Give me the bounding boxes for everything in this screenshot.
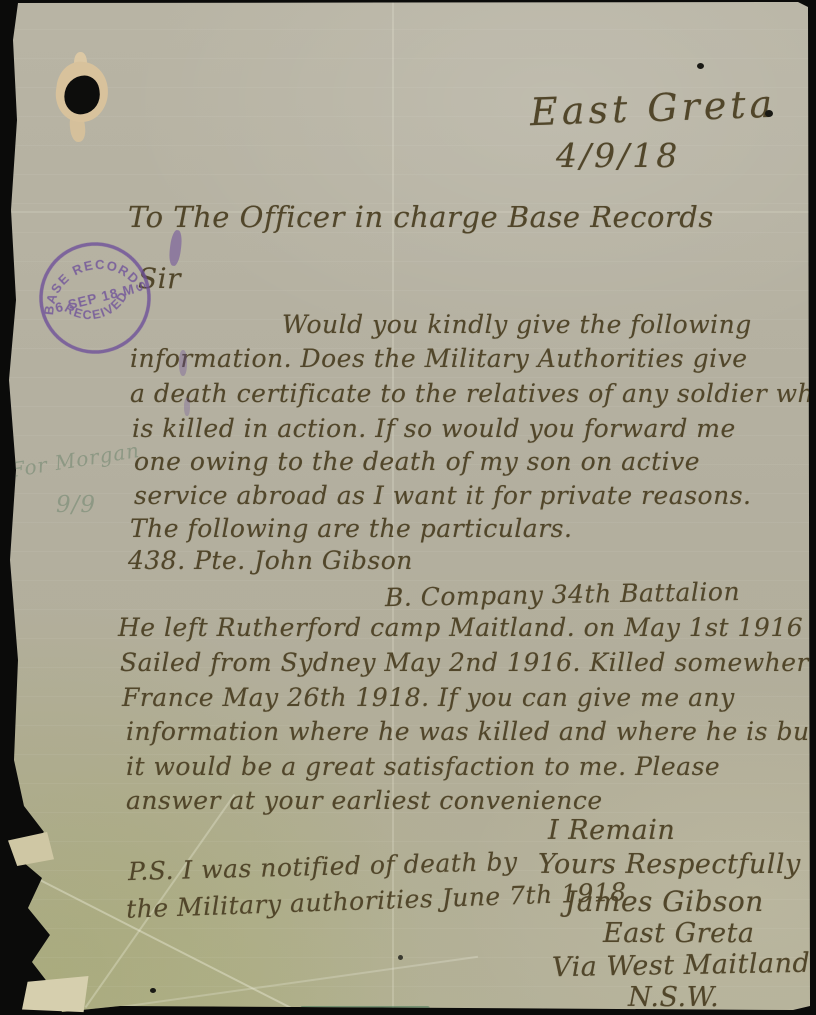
letter-line: He left Rutherford camp Maitland. on May… <box>118 613 803 642</box>
letter-paper: East Greta 4/9/18 To The Officer in char… <box>0 0 816 1015</box>
closing-line: Via West Maitland <box>552 948 811 984</box>
letter-line: answer at your earliest convenience <box>126 786 603 815</box>
paper-speck <box>765 110 773 117</box>
letter-line: The following are the particulars. <box>130 514 572 543</box>
letter-line: one owing to the death of my son on acti… <box>134 447 700 476</box>
letter-recipient: To The Officer in charge Base Records <box>128 200 714 234</box>
letter-line: Sailed from Sydney May 2nd 1916. Killed … <box>120 648 816 677</box>
scan-artifact <box>300 1006 430 1011</box>
letter-line: Would you kindly give the following <box>282 310 752 339</box>
paper-speck <box>150 988 156 993</box>
letter-place: East Greta <box>529 82 777 135</box>
margin-note-date: 9/9 <box>56 492 96 518</box>
letter-line: a death certificate to the relatives of … <box>130 379 816 408</box>
ink-smudge <box>179 350 187 376</box>
letter-line: is killed in action. If so would you for… <box>132 414 736 443</box>
letter-line: 438. Pte. John Gibson <box>128 546 413 575</box>
torn-paper-fragment <box>22 976 92 1014</box>
paper-speck <box>697 63 704 69</box>
letter-date: 4/9/18 <box>556 136 680 175</box>
scanned-letter-page: East Greta 4/9/18 To The Officer in char… <box>0 0 816 1015</box>
paper-speck <box>398 955 403 960</box>
letter-line: France May 26th 1918. If you can give me… <box>122 683 735 712</box>
ink-smudge <box>168 229 183 266</box>
letter-line: information where he was killed and wher… <box>126 717 816 746</box>
letter-line: service abroad as I want it for private … <box>134 481 751 510</box>
closing-line: I Remain <box>548 815 675 846</box>
postscript-line: P.S. I was notified of death by <box>128 847 518 886</box>
letter-line: it would be a great satisfaction to me. … <box>126 752 720 781</box>
ink-smudge <box>184 398 190 416</box>
margin-note: For Morgan <box>9 438 142 482</box>
closing-line: East Greta <box>603 918 755 949</box>
letter-line: information. Does the Military Authoriti… <box>130 344 748 373</box>
closing-line: Yours Respectfully <box>538 849 801 880</box>
postscript-line: the Military authorities June 7th 1918 <box>126 877 628 923</box>
closing-line: N.S.W. <box>628 982 719 1013</box>
letter-line: B. Company 34th Battalion <box>385 577 741 612</box>
